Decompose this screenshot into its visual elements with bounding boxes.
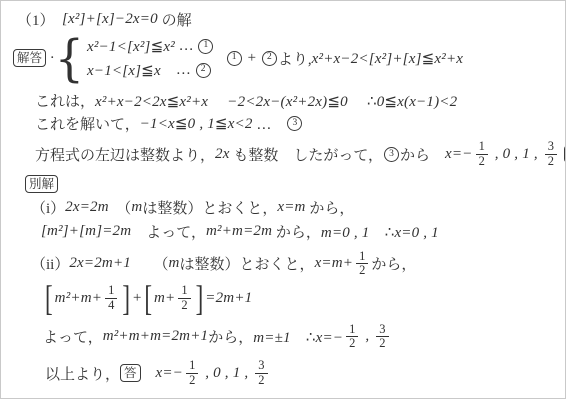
cases-group: {x²−1<[x²]≦x² … 1x−1<[x]≦x … 2 (55, 36, 215, 80)
document: （1） [x²]+[x]−2x=0 の解解答 ·{x²−1<[x²]≦x² … … (13, 9, 559, 388)
final-answer: 以上より，答 x=−12 , 0 , 1 , 32 (45, 359, 559, 388)
alt-conclude: よって，m²+m+m=2m+1から，m=±1 ∴x=−12 , 32 (43, 323, 559, 352)
cases-row: x²−1<[x²]≦x² … 1 (87, 37, 214, 56)
math-run: m²+m+ (55, 290, 102, 307)
math-run: x=− (445, 146, 473, 163)
circled-number-icon: 3 (384, 147, 399, 162)
math-run: x²+x−2<2x≦x²+x −2<2x−(x²+2x)≦0 ∴0≦x(x−1)… (95, 90, 457, 111)
fraction-denominator: 2 (178, 298, 190, 313)
jp-text (214, 50, 225, 67)
jp-text: （i） (31, 197, 65, 218)
math-run: 2x (215, 146, 230, 163)
fraction: 32 (376, 323, 388, 352)
fraction-numerator: 1 (356, 250, 368, 264)
jp-text (141, 363, 156, 384)
document-page: （1） [x²]+[x]−2x=0 の解解答 ·{x²−1<[x²]≦x² … … (0, 0, 566, 399)
boxed-label: 答 (120, 364, 141, 382)
alt-i: （i）2x=2m （mは整数）とおくと，x=m から， (31, 197, 559, 218)
fraction-denominator: 2 (356, 263, 368, 278)
fraction: 12 (476, 140, 488, 169)
fraction-denominator: 2 (476, 154, 488, 169)
math-run: , (361, 328, 373, 345)
math-run: x=− (156, 365, 184, 382)
fraction-numerator: 1 (105, 284, 117, 298)
jp-text: （1） (17, 9, 62, 30)
math-run: x=m+ (315, 255, 354, 272)
jp-text: よって， (131, 221, 206, 242)
fraction-numerator: 1 (186, 359, 198, 373)
cases-row: x−1<[x]≦x … 2 (87, 61, 214, 80)
boxed-label: 別解 (25, 175, 58, 193)
fraction-denominator: 2 (255, 373, 267, 388)
math-run: x²−1<[x²]≦x² (87, 37, 175, 56)
jp-text: から， (208, 326, 253, 347)
jp-text: から， (272, 221, 321, 242)
math-run: 2x=2m (65, 199, 109, 216)
jp-text: … (161, 62, 195, 79)
math-run: m (131, 199, 142, 216)
fraction-numerator: 3 (376, 323, 388, 337)
circled-number-icon: 1 (198, 39, 213, 54)
fraction-denominator: 4 (105, 298, 117, 313)
alt-ii-eq: [m²+m+14]+[m+12]=2m+1 (43, 284, 559, 313)
math-run: + (132, 290, 142, 307)
jp-text: 以上より， (45, 363, 120, 384)
alt-ii: （ii）2x=2m+1 （mは整数）とおくと，x=m+12から， (31, 250, 559, 279)
fraction-denominator: 2 (376, 336, 388, 351)
fraction: 12 (186, 359, 198, 388)
step-bound: これは，x²+x−2<2x≦x²+x −2<2x−(x²+2x)≦0 ∴0≦x(… (35, 90, 559, 111)
jp-text: から， (306, 197, 355, 218)
step-solve: これを解いて，−1<x≦0 , 1≦x<2 … 3 (35, 113, 559, 134)
circled-number-icon: 1 (227, 51, 242, 66)
alt-label: 別解 (25, 174, 559, 194)
jp-text: は整数）とおくと， (180, 253, 315, 274)
problem-title: （1） [x²]+[x]−2x=0 の解 (17, 9, 559, 30)
solution-cases: 解答 ·{x²−1<[x²]≦x² … 1x−1<[x]≦x … 2 1 + 2… (13, 36, 559, 80)
jp-text: · (46, 50, 55, 67)
jp-text: から (400, 144, 445, 165)
fraction: 14 (105, 284, 117, 313)
math-run: x−1<[x]≦x (87, 61, 161, 80)
jp-text: これを解いて， (35, 113, 140, 134)
brace-icon: { (55, 34, 84, 82)
alt-i-eq: [m²]+[m]=2m よって，m²+m=2m から，m=0 , 1 ∴x=0 … (41, 221, 559, 242)
math-run: m²+m=2m (206, 223, 272, 240)
jp-text: （ (131, 253, 169, 274)
jp-text: … (175, 38, 198, 55)
step-answer: 方程式の左辺は整数より，2x も整数 したがって，3から x=−12 , 0 ,… (35, 140, 559, 169)
fraction-denominator: 2 (186, 373, 198, 388)
jp-text: より, (278, 48, 312, 69)
fraction: 32 (545, 140, 557, 169)
fraction: 12 (356, 250, 368, 279)
jp-text: （ (109, 197, 132, 218)
math-run: x=m (277, 199, 305, 216)
fraction-denominator: 2 (346, 336, 358, 351)
big-bracket: ] (122, 280, 130, 316)
fraction: 12 (346, 323, 358, 352)
jp-text: （ii） (31, 253, 69, 274)
jp-text: これは， (35, 90, 95, 111)
jp-text: 方程式の左辺は整数より， (35, 144, 215, 165)
jp-text: の解 (158, 9, 192, 30)
circled-number-icon: 3 (287, 116, 302, 131)
math-run: m=0 , 1 ∴x=0 , 1 (321, 221, 439, 242)
math-run: m (169, 255, 180, 272)
math-run: m+ (154, 290, 175, 307)
big-bracket: ] (196, 280, 204, 316)
math-run: 2x=2m+1 (69, 255, 131, 272)
jp-text: も整数 したがって， (230, 144, 383, 165)
fraction-denominator: 2 (545, 154, 557, 169)
math-run: −1<x≦0 , 1≦x<2 (140, 114, 253, 133)
math-run: , 0 , 1 , (201, 365, 252, 382)
circled-number-icon: 2 (262, 51, 277, 66)
jp-text: … (253, 113, 287, 134)
fraction-numerator: 1 (346, 323, 358, 337)
fraction-numerator: 1 (476, 140, 488, 154)
big-bracket: [ (45, 280, 53, 316)
boxed-label: 解答 (13, 49, 46, 67)
math-run: [x²]+[x]−2x=0 (62, 11, 158, 28)
circled-number-icon: 2 (196, 63, 211, 78)
math-run: [m²]+[m]=2m (41, 223, 131, 240)
math-run: , 0 , 1 , (491, 146, 542, 163)
fraction-numerator: 1 (178, 284, 190, 298)
math-run: =2m+1 (205, 290, 252, 307)
jp-text: よって， (43, 326, 103, 347)
math-run: + (243, 50, 261, 67)
cases-rows: x²−1<[x²]≦x² … 1x−1<[x]≦x … 2 (87, 37, 214, 80)
fraction: 12 (178, 284, 190, 313)
fraction: 32 (255, 359, 267, 388)
jp-text: から， (371, 253, 416, 274)
fraction-numerator: 3 (255, 359, 267, 373)
fraction-numerator: 3 (545, 140, 557, 154)
jp-text: は整数）とおくと， (142, 197, 277, 218)
math-run: x²+x−2<[x²]+[x]≦x²+x (312, 49, 463, 68)
math-run: m²+m+m=2m+1 (103, 328, 209, 345)
math-run: m=±1 ∴x=− (253, 326, 343, 347)
big-bracket: [ (144, 280, 152, 316)
